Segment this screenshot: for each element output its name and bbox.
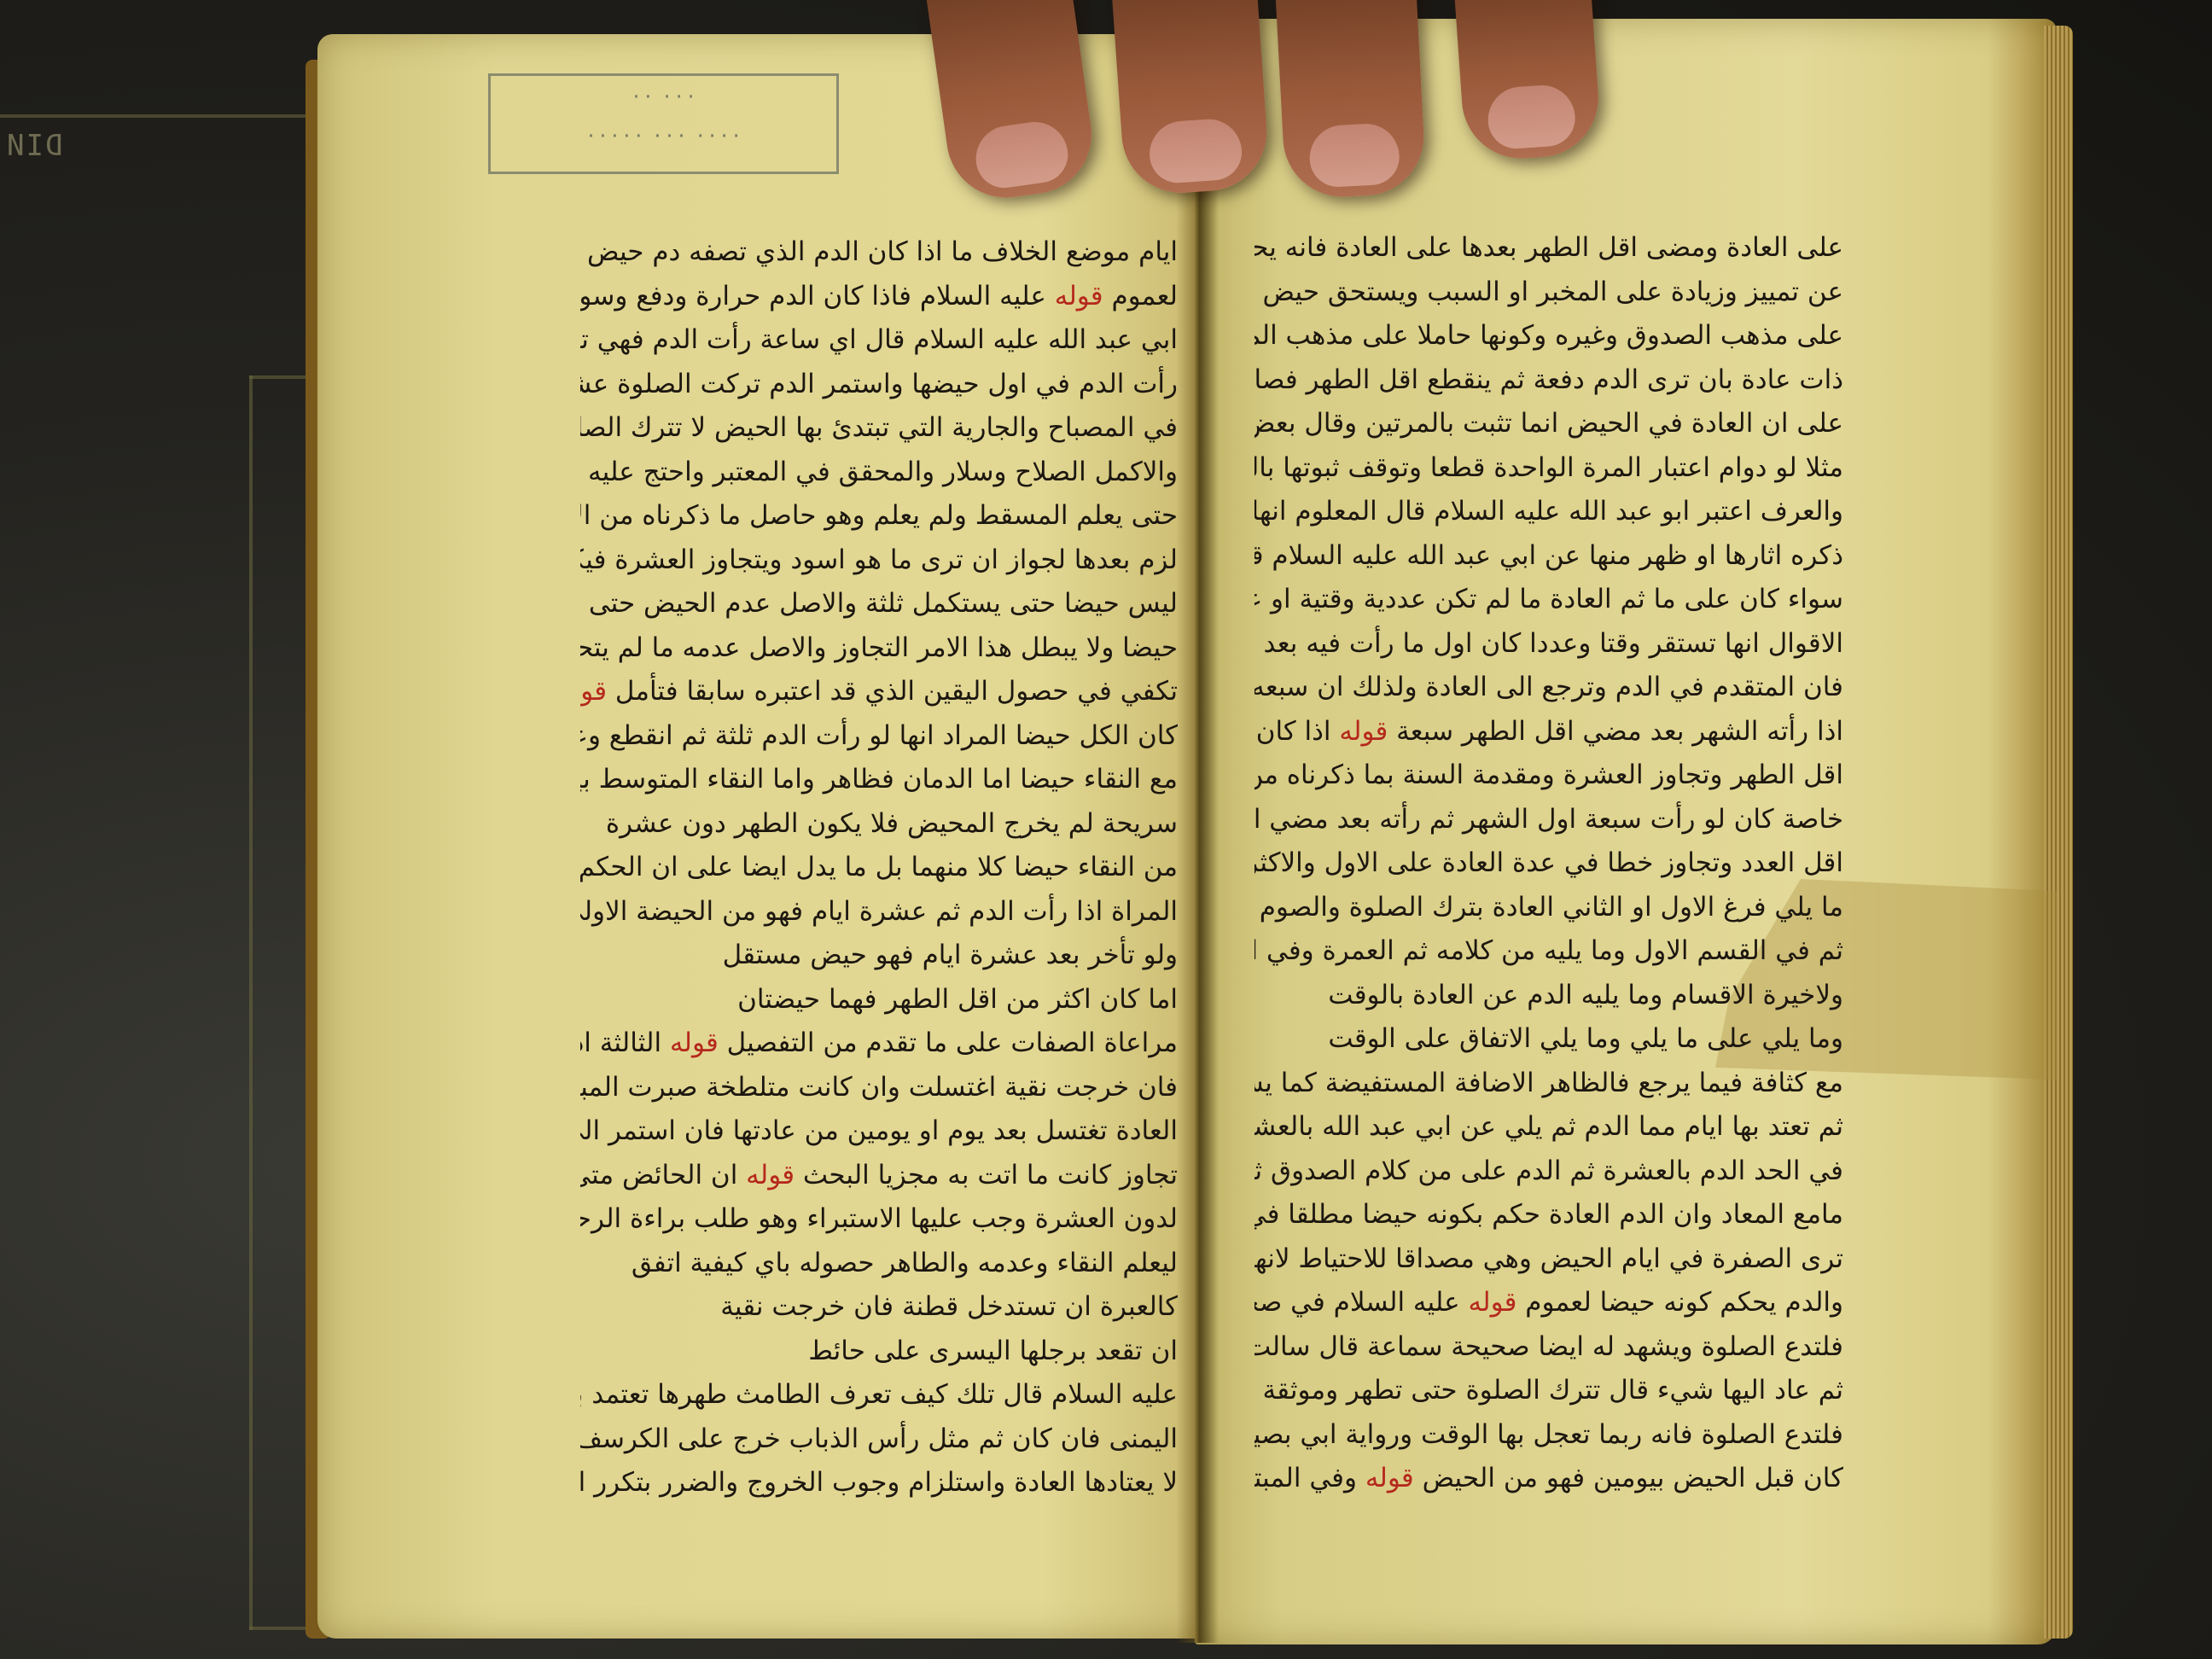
manuscript-line: والعرف اعتبر ابو عبد الله عليه السلام قا…	[1254, 490, 1843, 534]
manuscript-line: ولاخيرة الاقسام وما يليه الدم عن العادة …	[1254, 974, 1843, 1018]
manuscript-line: على ان العادة في الحيض انما تثبت بالمرتي…	[1254, 402, 1843, 446]
mat-guide-line	[249, 375, 253, 1630]
manuscript-line: من النقاء حيضا كلا منهما بل ما يدل ايضا …	[580, 846, 1178, 890]
manuscript-line: اقل العدد وتجاوز خطا في عدة العادة على ا…	[1254, 841, 1843, 886]
manuscript-line: مع النقاء حيضا اما الدمان فظاهر واما الن…	[580, 758, 1178, 802]
manuscript-line: ذكره اثارها او ظهر منها عن ابي عبد الله …	[1254, 534, 1843, 579]
manuscript-line: فان خرجت نقية اغتسلت وان كانت متلطخة صبر…	[580, 1066, 1178, 1110]
manuscript-line: اقل الطهر وتجاوز العشرة ومقدمة السنة بما…	[1254, 754, 1843, 798]
manuscript-line: حتى يعلم المسقط ولم يعلم وهو حاصل ما ذكر…	[580, 494, 1178, 538]
manuscript-line: كان الكل حيضا المراد انها لو رأت الدم ثل…	[580, 714, 1178, 759]
manuscript-line: لا يعتادها العادة واستلزام وجوب الخروج و…	[580, 1461, 1178, 1505]
manuscript-line: ليس حيضا حتى يستكمل ثلثة والاصل عدم الحي…	[580, 582, 1178, 626]
manuscript-line: سريحة لم يخرج المحيض فلا يكون الطهر دون …	[580, 802, 1178, 847]
manuscript-line: تجاوز كانت ما اتت به مجزيا البحث قوله ان…	[580, 1154, 1178, 1198]
manuscript-line: وما يلي على ما يلي وما يلي الاتفاق على ا…	[1254, 1017, 1843, 1062]
manuscript-line: والدم يحكم كونه حيضا لعموم قوله عليه الس…	[1254, 1281, 1843, 1325]
mat-label: DIN	[5, 126, 62, 160]
manuscript-line: العادة تغتسل بعد يوم او يومين من عادتها …	[580, 1109, 1178, 1154]
manuscript-line: على العادة ومضى اقل الطهر بعدها على العا…	[1254, 226, 1843, 271]
manuscript-line: في الحد الدم بالعشرة ثم الدم على من كلام…	[1254, 1150, 1843, 1194]
stamp-line-1: ٠٠٠ ٠٠	[491, 76, 836, 115]
manuscript-line: خاصة كان لو رأت سبعة اول الشهر ثم رأته ب…	[1254, 798, 1843, 842]
fingernail	[1307, 122, 1400, 188]
manuscript-line: سواء كان على ما ثم العادة ما لم تكن عددي…	[1254, 578, 1843, 622]
fingernail	[971, 118, 1072, 191]
red-rubric: قوله	[1469, 1287, 1517, 1318]
manuscript-line: فلتدع الصلوة فانه ربما تعجل بها الوقت ور…	[1254, 1413, 1843, 1458]
manuscript-line: ذات عادة بان ترى الدم دفعة ثم ينقطع اقل …	[1254, 358, 1843, 403]
manuscript-line: عليه السلام قال تلك كيف تعرف الطامث طهره…	[580, 1373, 1178, 1417]
manuscript-line: ان تقعد برجلها اليسرى على حائط	[580, 1330, 1178, 1374]
page-fore-edge	[2044, 26, 2073, 1639]
fingernail	[1147, 117, 1244, 184]
manuscript-line: مثلا لو دوام اعتبار المرة الواحدة قطعا و…	[1254, 446, 1843, 491]
mat-guide-line	[0, 114, 316, 118]
red-rubric: قوله	[580, 676, 607, 707]
manuscript-line: ما يلي فرغ الاول او الثاني العادة بترك ا…	[1254, 886, 1843, 930]
manuscript-line: حيضا ولا يبطل هذا الامر التجاوز والاصل ع…	[580, 626, 1178, 671]
manuscript-line: ثم تعتد بها ايام مما الدم ثم يلي عن ابي …	[1254, 1105, 1843, 1150]
manuscript-line: مراعاة الصفات على ما تقدم من التفصيل قول…	[580, 1022, 1178, 1066]
manuscript-line: لعموم قوله عليه السلام فاذا كان الدم حرا…	[580, 275, 1178, 319]
manuscript-line: ثم في القسم الاول وما يليه من كلامه ثم ا…	[1254, 929, 1843, 974]
manuscript-line: ايام موضع الخلاف ما اذا كان الدم الذي تص…	[580, 230, 1178, 275]
right-page-text: على العادة ومضى اقل الطهر بعدها على العا…	[1254, 226, 1843, 1501]
manuscript-line: لدون العشرة وجب عليها الاستبراء وهو طلب …	[580, 1197, 1178, 1242]
manuscript-line: لزم بعدها لجواز ان ترى ما هو اسود ويتجاو…	[580, 538, 1178, 583]
hand-holding-book	[905, 0, 1639, 196]
manuscript-line: اذا رأته الشهر بعد مضي اقل الطهر سبعة قو…	[1254, 710, 1843, 754]
fingernail	[1486, 83, 1577, 150]
finger-little	[1452, 0, 1602, 162]
manuscript-line: رأت الدم في اول حيضها واستمر الدم تركت ا…	[580, 363, 1178, 407]
manuscript-line: مامع المعاد وان الدم العادة حكم بكونه حي…	[1254, 1193, 1843, 1237]
manuscript-line: ترى الصفرة في ايام الحيض وهي مصداقا للاح…	[1254, 1237, 1843, 1282]
red-rubric: قوله	[1055, 281, 1103, 311]
manuscript-line: في المصباح والجارية التي تبتدئ بها الحيض…	[580, 406, 1178, 451]
manuscript-line: الاقوال انها تستقر وقتا وعددا كان اول ما…	[1254, 622, 1843, 667]
manuscript-line: المراة اذا رأت الدم ثم عشرة ايام فهو من …	[580, 890, 1178, 934]
manuscript-line: كان قبل الحيض بيومين فهو من الحيض قوله و…	[1254, 1457, 1843, 1501]
finger-index	[923, 0, 1099, 206]
manuscript-line: فلتدع الصلوة ويشهد له ايضا صحيحة سماعة ق…	[1254, 1325, 1843, 1370]
manuscript-line: ليعلم النقاء وعدمه والطاهر حصوله باي كيف…	[580, 1242, 1178, 1286]
finger-middle	[1110, 0, 1271, 197]
manuscript-line: تكفي في حصول اليقين الذي قد اعتبره سابقا…	[580, 670, 1178, 714]
manuscript-line: على مذهب الصدوق وغيره وكونها حاملا على م…	[1254, 314, 1843, 358]
red-rubric: قوله	[1339, 716, 1388, 747]
red-rubric: قوله	[670, 1027, 719, 1058]
manuscript-line: اليمنى فان كان ثم مثل رأس الذباب خرج على…	[580, 1417, 1178, 1462]
manuscript-line: ثم عاد اليها شيء قال تترك الصلوة حتى تطه…	[1254, 1369, 1843, 1413]
manuscript-line: والاكمل الصلاح وسلار والمحقق في المعتبر …	[580, 451, 1178, 495]
left-page-text: ايام موضع الخلاف ما اذا كان الدم الذي تص…	[580, 230, 1178, 1505]
manuscript-line: فان المتقدم في الدم وترجع الى العادة ولذ…	[1254, 666, 1843, 710]
red-rubric: قوله	[746, 1160, 795, 1190]
manuscript-line: ولو تأخر بعد عشرة ايام فهو حيض مستقل	[580, 934, 1178, 978]
library-stamp: ٠٠٠ ٠٠ ٠٠٠٠ ٠٠٠ ٠٠٠٠٠	[488, 73, 839, 174]
manuscript-line: ابي عبد الله عليه السلام قال اي ساعة رأت…	[580, 318, 1178, 363]
manuscript-line: كالعبرة ان تستدخل قطنة فان خرجت نقية	[580, 1285, 1178, 1330]
red-rubric: قوله	[1365, 1463, 1414, 1493]
manuscript-line: مع كثافة فيما يرجع فالظاهر الاضافة المست…	[1254, 1062, 1843, 1106]
book-gutter	[1176, 26, 1219, 1643]
manuscript-line: عن تمييز وزيادة على المخبر او السبب ويست…	[1254, 271, 1843, 315]
stamp-line-2: ٠٠٠٠ ٠٠٠ ٠٠٠٠٠	[491, 115, 836, 154]
finger-ring	[1274, 0, 1427, 200]
manuscript-line: اما كان اكثر من اقل الطهر فهما حيضتان	[580, 978, 1178, 1022]
